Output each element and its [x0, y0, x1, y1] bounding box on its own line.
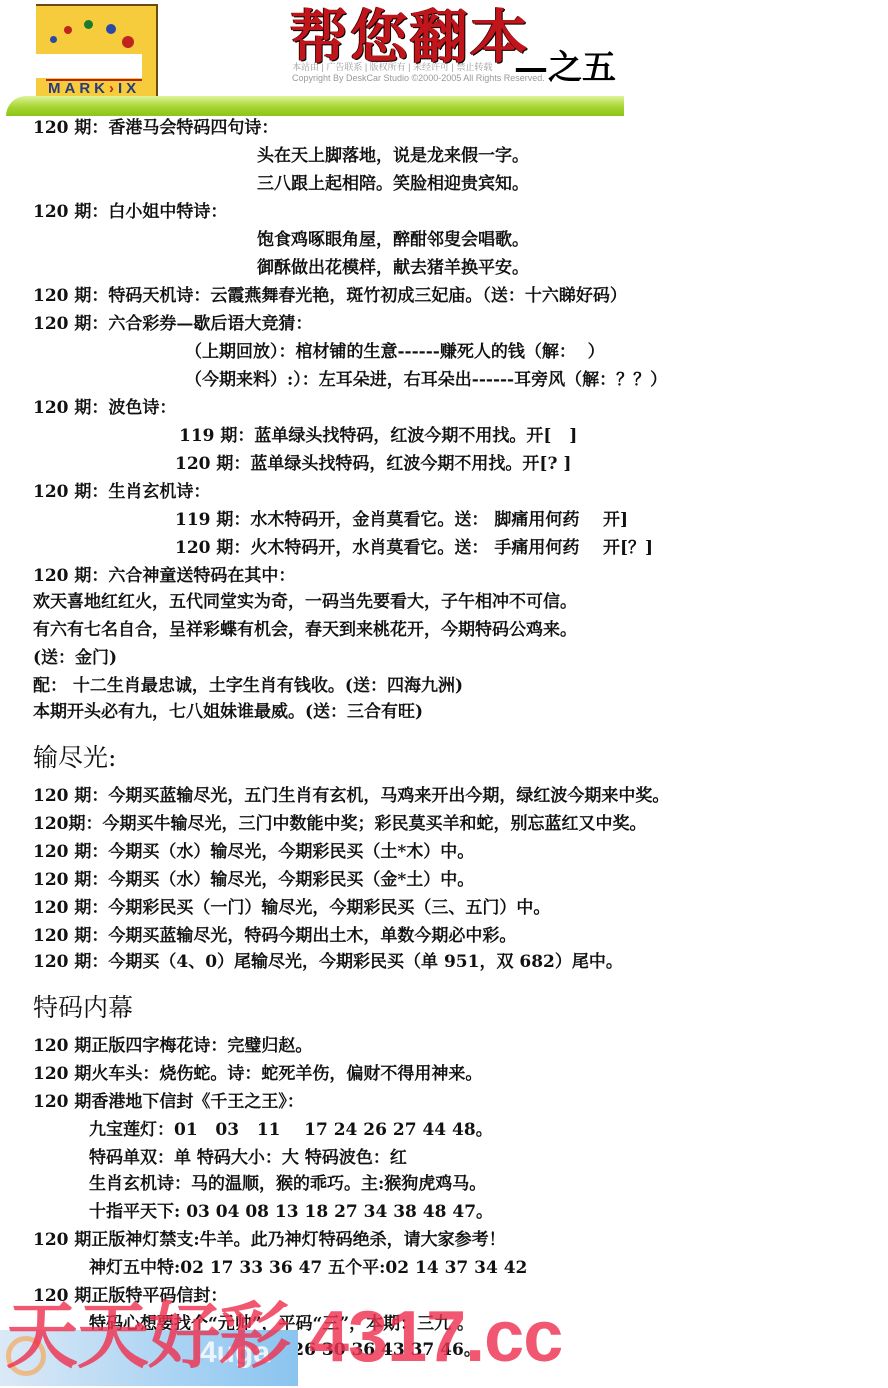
text-line: 生肖玄机诗：马的温顺，猴的乖巧。主:猴狗虎鸡马。 [89, 1174, 486, 1194]
text-line: 饱食鸡啄眼角屋，醉酣邻叟会唱歌。 [257, 230, 529, 250]
text-line: 120 期：今期买（水）输尽光，今期彩民买（土*木）中。 [33, 842, 474, 862]
text-line: 120 期：蓝单绿头找特码，红波今期不用找。开[? ] [175, 454, 571, 474]
text-line: 有六有七名自合，呈祥彩蝶有机会，春天到来桃花开，今期特码公鸡来。 [33, 620, 577, 640]
text-line: 120期：今期买牛输尽光，三门中数能中奖；彩民莫买羊和蛇，别忘蓝红又中奖。 [33, 814, 646, 834]
heading-insider: 特码内幕 [33, 988, 133, 1024]
text-line: 神灯五中特:02 17 33 36 47 五个平:02 14 37 34 42 [89, 1258, 527, 1278]
text-line: 120 期：今期彩民买（一门）输尽光，今期彩民买（三、五门）中。 [33, 898, 550, 918]
text-line: 120 期：白小姐中特诗： [33, 202, 227, 222]
text-line: （今期来料）:）：左耳朵进，右耳朵出------耳旁风（解：？？） [185, 370, 667, 390]
watermark-text: 天天好彩 4317.cc [6, 1292, 562, 1382]
text-line: 120 期香港地下信封《千王之王》： [33, 1092, 304, 1112]
text-line: 119 期：蓝单绿头找特码，红波今期不用找。开[ ] [179, 426, 577, 446]
text-line: 头在天上脚落地，说是龙来假一字。 [257, 146, 529, 166]
text-line: 三八跟上起相陪。笑脸相迎贵宾知。 [257, 174, 529, 194]
text-line: 120 期：火木特码开，水肖莫看它。送： 手痛用何药 开[？] [175, 538, 653, 558]
text-line: 欢天喜地红红火，五代同堂实为奇，一码当先要看大，子午相冲不可信。 [33, 592, 577, 612]
logo-dot-icon [64, 26, 72, 34]
text-line: 119 期：水木特码开，金肖莫看它。送： 脚痛用何药 开] [175, 510, 628, 530]
text-line: 120 期：六合神童送特码在其中： [33, 566, 295, 586]
logo-dot-icon [50, 36, 57, 43]
text-line: (送：金门) [33, 648, 117, 668]
text-line: 120 期：生肖玄机诗： [33, 482, 210, 502]
text-line: 120 期：波色诗： [33, 398, 176, 418]
logo-dot-icon [106, 24, 116, 34]
page-header: MARK›IX 本站由 | 广告联系 | 版权所有 | 未经许可 | 禁止转载 … [0, 0, 625, 118]
text-line: 特码单双：单 特码大小：大 特码波色：红 [89, 1148, 407, 1168]
text-line: 本期开头必有九，七八姐妹谁最威。(送：三合有旺) [33, 702, 423, 722]
text-line: 120 期：特码天机诗：云霞燕舞春光艳，斑竹初成三妃庙。（送：十六睇好码） [33, 286, 627, 306]
heading-lose-all: 输尽光: [33, 738, 116, 774]
watermark: 4uga 天天好彩 4317.cc [0, 1292, 600, 1388]
text-line: 120 期：今期买（水）输尽光，今期彩民买（金*土）中。 [33, 870, 474, 890]
logo-dot-icon [122, 36, 134, 48]
text-line: 配： 十二生肖最忠诚，土字生肖有钱收。(送：四海九洲) [33, 676, 463, 696]
page-subtitle: —之五 [514, 40, 616, 89]
text-line: 120 期正版神灯禁支:牛羊。此乃神灯特码绝杀，请大家参考！ [33, 1230, 506, 1250]
text-line: 120 期火车头：烧伤蛇。诗：蛇死羊伤，偏财不得用神来。 [33, 1064, 482, 1084]
text-line: 御酥做出花模样，献去猪羊换平安。 [257, 258, 529, 278]
text-line: 120 期：香港马会特码四句诗： [33, 118, 278, 138]
page-title: 帮您翻本 [290, 4, 530, 70]
text-line: （上期回放）：棺材铺的生意------赚死人的钱（解： ） [185, 342, 605, 362]
text-line: 120 期：今期买蓝输尽光，特码今期出土木，单数今期必中彩。 [33, 926, 516, 946]
green-banner [6, 96, 624, 116]
logo-dot-icon [84, 20, 93, 29]
text-line: 十指平天下: 03 04 08 13 18 27 34 38 48 47。 [89, 1202, 493, 1222]
text-line: 120 期：六合彩券—歇后语大竞猜： [33, 314, 312, 334]
logo-mask [36, 54, 142, 78]
text-line: 120 期：今期买蓝输尽光，五门生肖有玄机，马鸡来开出今期，绿红波今期来中奖。 [33, 786, 669, 806]
text-line: 九宝莲灯：01 03 11 17 24 26 27 44 48。 [89, 1120, 493, 1140]
text-line: 120 期正版四字梅花诗：完璧归赵。 [33, 1036, 312, 1056]
text-line: 120 期：今期买（4、0）尾输尽光，今期彩民买（单 951，双 682）尾中。 [33, 952, 623, 972]
markix-logo: MARK›IX [36, 4, 158, 100]
